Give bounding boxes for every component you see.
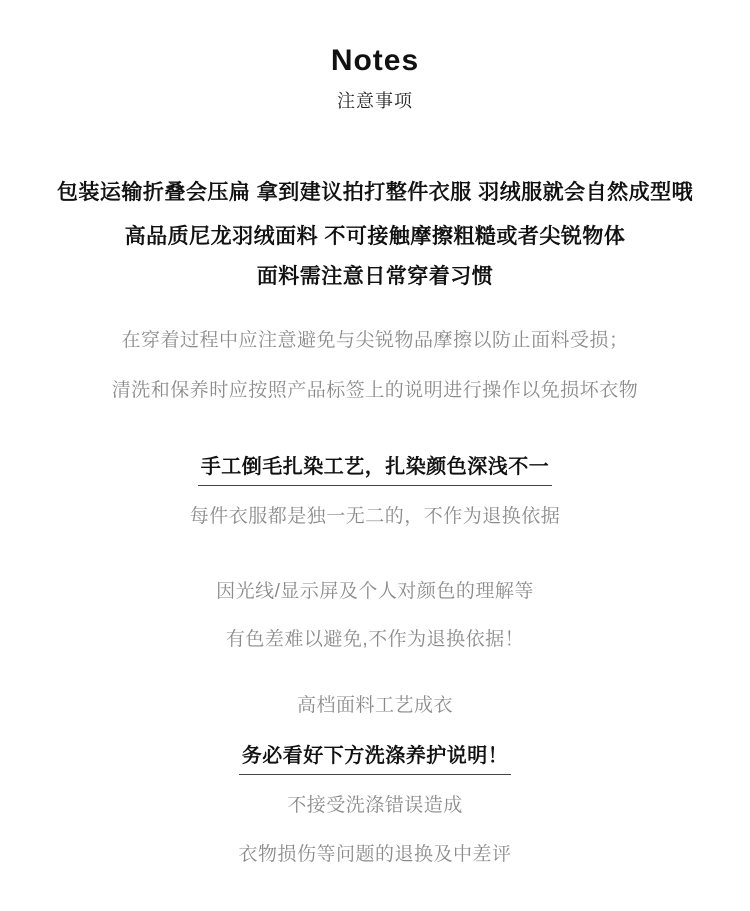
warning-line-1: 包装运输折叠会压扁 拿到建议拍打整件衣服 羽绒服就会自然成型哦 [0,182,750,203]
page-title: Notes [0,46,750,76]
wash-intro: 高档面料工艺成衣 [0,696,750,715]
wash-heading-text: 务必看好下方洗涤养护说明！ [239,746,512,775]
dye-note: 每件衣服都是独一无二的，不作为退换依据 [0,507,750,526]
page-subtitle: 注意事项 [0,92,750,110]
color-diff-line-1: 因光线/显示屏及个人对颜色的理解等 [0,582,750,601]
color-diff-line-2: 有色差难以避免,不作为退换依据！ [0,630,750,649]
care-line-1: 在穿着过程中应注意避免与尖锐物品摩擦以防止面料受损； [0,331,750,350]
dye-heading-text: 手工倒毛扎染工艺，扎染颜色深浅不一 [198,457,553,486]
dye-heading: 手工倒毛扎染工艺，扎染颜色深浅不一 [0,457,750,486]
care-line-2: 清洗和保养时应按照产品标签上的说明进行操作以免损坏衣物 [0,381,750,400]
wash-line-1: 不接受洗涤错误造成 [0,796,750,815]
warning-line-3: 面料需注意日常穿着习惯 [0,266,750,287]
warning-line-2: 高品质尼龙羽绒面料 不可接触摩擦粗糙或者尖锐物体 [0,226,750,247]
wash-heading: 务必看好下方洗涤养护说明！ [0,746,750,775]
wash-line-2: 衣物损伤等问题的退换及中差评 [0,845,750,864]
notes-page: Notes 注意事项 包装运输折叠会压扁 拿到建议拍打整件衣服 羽绒服就会自然成… [0,0,750,911]
